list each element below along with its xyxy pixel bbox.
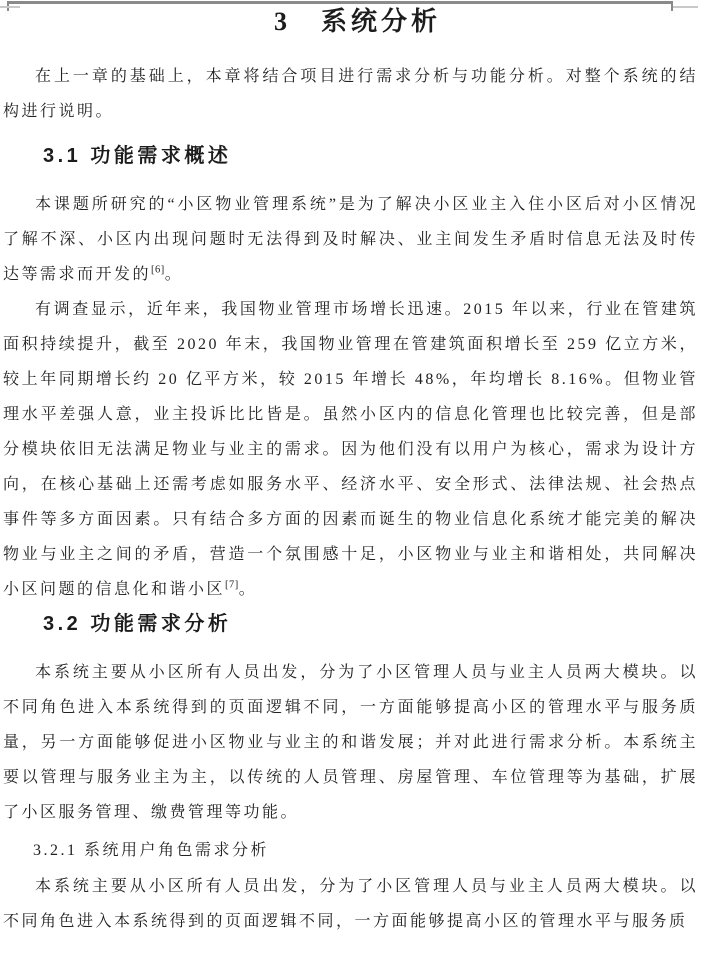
section-3-1-paragraph-1: 本课题所研究的“小区物业管理系统”是为了解决小区业主入住小区后对小区情况了解不深… <box>3 187 698 292</box>
section-heading-3-2: 3.2 功能需求分析 <box>43 611 698 637</box>
paragraph-tail: 。 <box>239 581 258 598</box>
chapter-title: 3 系统分析 <box>17 7 698 37</box>
citation-ref-6: [6] <box>151 265 165 276</box>
section-3-1-paragraph-2: 有调查显示，近年来，我国物业管理市场增长迅速。2015 年以来，行业在管建筑面积… <box>3 292 698 607</box>
paragraph-text: 本课题所研究的“小区物业管理系统”是为了解决小区业主入住小区后对小区情况了解不深… <box>3 196 698 283</box>
document-page: 3 系统分析 在上一章的基础上，本章将结合项目进行需求分析与功能分析。对整个系统… <box>0 0 724 958</box>
subsection-3-2-1-paragraph-1: 本系统主要从小区所有人员出发，分为了小区管理人员与业主人员两大模块。以不同角色进… <box>3 869 698 939</box>
document-content: 3 系统分析 在上一章的基础上，本章将结合项目进行需求分析与功能分析。对整个系统… <box>3 2 698 939</box>
paragraph-tail: 。 <box>165 266 184 283</box>
citation-ref-7: [7] <box>225 580 239 591</box>
section-heading-3-1: 3.1 功能需求概述 <box>43 143 698 169</box>
paragraph-text: 有调查显示，近年来，我国物业管理市场增长迅速。2015 年以来，行业在管建筑面积… <box>3 301 698 598</box>
subsection-heading-3-2-1: 3.2.1 系统用户角色需求分析 <box>33 836 698 866</box>
section-3-2-paragraph-1: 本系统主要从小区所有人员出发，分为了小区管理人员与业主人员两大模块。以不同角色进… <box>3 655 698 830</box>
intro-paragraph: 在上一章的基础上，本章将结合项目进行需求分析与功能分析。对整个系统的结构进行说明… <box>3 59 698 129</box>
